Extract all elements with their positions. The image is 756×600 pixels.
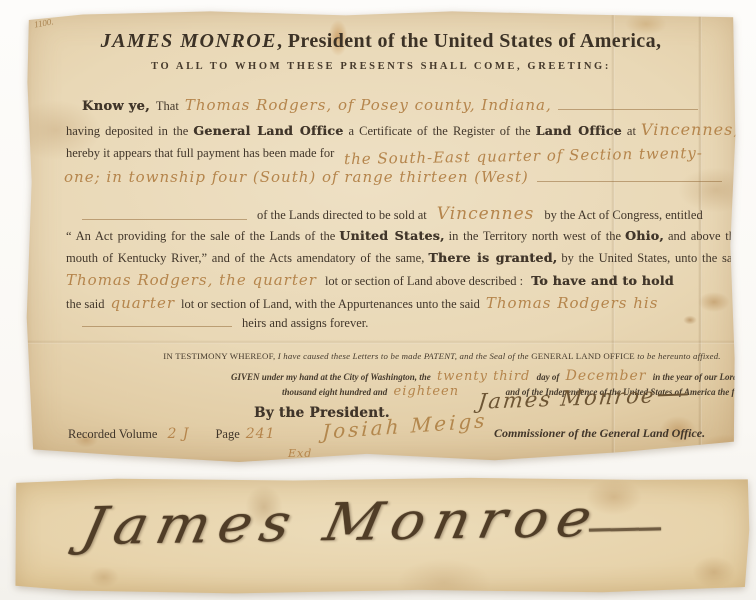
volume-number-handwriting: 2 J: [167, 426, 189, 442]
signature-closeup-flourish: [589, 527, 661, 531]
sold-at-text: of the Lands directed to be sold at: [257, 208, 427, 223]
year-of-lord-text: in the year of our Lord one: [653, 372, 754, 382]
there-is-granted-text: There is granted,: [428, 250, 557, 265]
the-said-text: the said: [66, 297, 105, 312]
heirs-text: heirs and assigns forever.: [242, 316, 368, 331]
month-handwriting: December: [566, 368, 647, 384]
general-land-office-text: General Land Office: [193, 123, 343, 138]
act-text-4: mouth of Kentucky River,” and of the Act…: [66, 251, 424, 266]
sold-place-handwriting: Vincennes: [437, 204, 535, 224]
sold-at-line: of the Lands directed to be sold at Vinc…: [82, 204, 713, 224]
act-of-congress-text: by the Act of Congress, entitled: [544, 208, 702, 223]
given-line-1: GIVEN under my hand at the City of Washi…: [231, 368, 753, 384]
page-label: Page: [215, 427, 239, 442]
at-text: at: [627, 124, 636, 139]
payment-line: hereby it appears that full payment has …: [66, 143, 703, 161]
document-title: JAMES MONROE, President of the United St…: [26, 30, 736, 53]
act-text-5: by the United States, unto the said: [561, 251, 742, 266]
recorded-line: Recorded Volume 2 J Page 241: [68, 426, 275, 442]
blank-rule: [558, 109, 698, 110]
day-handwriting: twenty third: [437, 369, 530, 384]
testimony-line: IN TESTIMONY WHEREOF, I have caused thes…: [156, 351, 728, 361]
tract-line-2: one; in township four (South) of range t…: [64, 168, 722, 186]
ohio-text: Ohio,: [625, 228, 664, 243]
photo-background: 1100. JAMES MONROE, President of the Uni…: [0, 0, 756, 600]
affixed-text: to be hereunto affixed.: [637, 351, 720, 361]
land-office-text: Land Office: [536, 123, 622, 138]
patent-text: PATENT,: [424, 351, 457, 361]
in-testimony-text: IN TESTIMONY WHEREOF,: [163, 351, 275, 361]
president-name: JAMES MONROE: [101, 30, 277, 52]
given-text: GIVEN: [231, 372, 260, 382]
grantee-name-handwriting-3: Thomas Rodgers his: [486, 294, 659, 312]
certificate-text: a Certificate of the Register of the: [348, 124, 530, 139]
described-text: lot or section of Land above described :: [325, 274, 523, 289]
fold-crease: [26, 340, 736, 344]
president-title-suffix: , President of the United States of Amer…: [277, 30, 661, 52]
blank-rule: [537, 181, 722, 182]
act-line-2: mouth of Kentucky River,” and of the Act…: [66, 250, 714, 266]
appurtenances-text: lot or section of Land, with the Appurte…: [181, 297, 480, 312]
act-text-1: “ An Act providing for the sale of the L…: [66, 229, 335, 244]
strip-shadow-wrap: James Monroe: [14, 477, 750, 594]
monroe-signature-closeup: James Monroe: [77, 489, 606, 557]
given-washington-text: under my hand at the City of Washington,…: [262, 372, 431, 382]
seal-text: and the Seal of the: [460, 351, 529, 361]
land-patent-document: 1100. JAMES MONROE, President of the Uni…: [26, 10, 736, 462]
blank-rule: [82, 219, 247, 220]
office-place-handwriting: Vincennes,: [641, 120, 740, 139]
grantee-name-handwriting: Thomas Rodgers, of Posey county, Indiana…: [185, 96, 552, 114]
to-have-and-to-hold-text: To have and to hold: [531, 273, 674, 288]
letters-patent-text: I have caused these Letters to be made: [278, 351, 422, 361]
heirs-line: heirs and assigns forever.: [82, 316, 378, 331]
document-shadow-wrap: 1100. JAMES MONROE, President of the Uni…: [26, 10, 736, 462]
docket-number: 1100.: [33, 16, 54, 29]
grant-line: Thomas Rodgers, the quarter lot or secti…: [66, 271, 682, 289]
salutation-line: TO ALL TO WHOM THESE PRESENTS SHALL COME…: [26, 61, 736, 72]
that-text: That: [156, 99, 179, 114]
united-states-text: United States,: [339, 228, 444, 243]
thousand-text: thousand eight hundred and: [282, 387, 387, 397]
quarter-handwriting: quarter: [111, 294, 175, 312]
deposit-line: having deposited in the General Land Off…: [66, 120, 714, 139]
signature-flourish: [657, 394, 687, 397]
glo-caps-text: GENERAL LAND OFFICE: [531, 351, 635, 361]
grantee-line: Know ye, That Thomas Rodgers, of Posey c…: [82, 96, 704, 114]
signature-closeup-strip: James Monroe: [14, 477, 750, 594]
recorded-volume-label: Recorded Volume: [68, 427, 157, 442]
act-text-3: and above the: [668, 229, 741, 244]
monroe-signature-text: James Monroe: [477, 383, 657, 413]
blank-rule: [82, 326, 232, 327]
know-ye-text: Know ye,: [82, 99, 150, 114]
tract-description-handwriting-1: the South-East quarter of Section twenty…: [344, 144, 703, 168]
commissioner-title: Commissioner of the General Land Office.: [494, 426, 705, 441]
deposited-text: having deposited in the: [66, 124, 188, 139]
examined-note-handwriting: Exd: [288, 447, 312, 460]
appurtenances-line: the said quarter lot or section of Land,…: [66, 294, 664, 312]
signature-closeup-row: James Monroe: [14, 493, 750, 553]
act-text-2: in the Territory north west of the: [449, 229, 621, 244]
payment-text: hereby it appears that full payment has …: [66, 146, 334, 161]
grantee-name-handwriting-2: Thomas Rodgers, the quarter: [66, 271, 317, 289]
year-handwriting: eighteen: [394, 384, 460, 399]
tract-description-handwriting-2: one; in township four (South) of range t…: [64, 168, 529, 186]
act-line-1: “ An Act providing for the sale of the L…: [66, 228, 714, 244]
page-number-handwriting: 241: [246, 426, 276, 442]
day-of-text: day of: [537, 372, 560, 382]
